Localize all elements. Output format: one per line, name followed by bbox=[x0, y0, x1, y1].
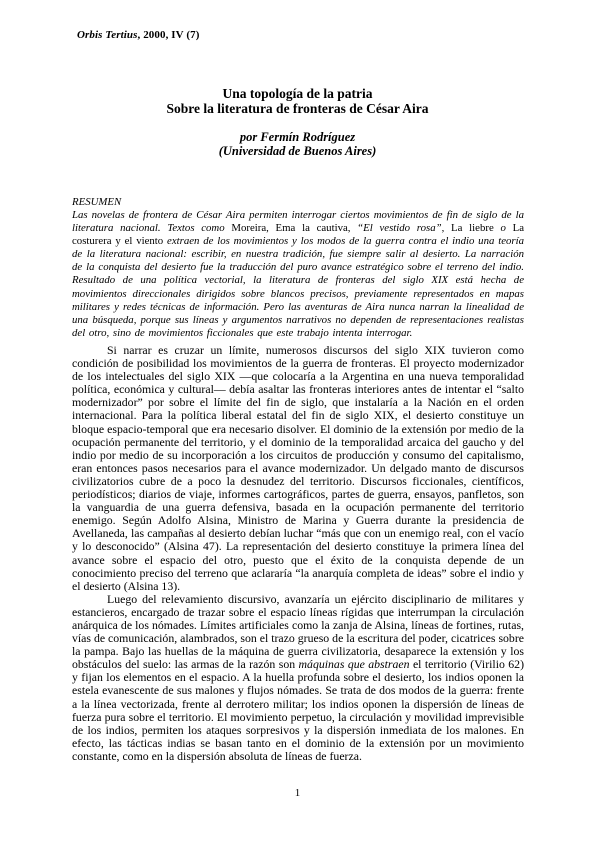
text-run: el territorio (Virilio 62) y fijan los e… bbox=[72, 657, 524, 763]
text-run: La liebre bbox=[451, 222, 500, 234]
abstract-text: Las novelas de frontera de César Aira pe… bbox=[72, 209, 524, 340]
author-line: por Fermín Rodríguez bbox=[0, 130, 595, 144]
text-run: Moreira, Ema la cautiva, bbox=[231, 222, 350, 234]
running-header: Orbis Tertius, 2000, IV (7) bbox=[77, 29, 200, 41]
text-run: máquinas que abstraen bbox=[299, 657, 410, 671]
title-block: Una topología de la patria Sobre la lite… bbox=[0, 86, 595, 158]
text-run: Si narrar es cruzar un límite, numerosos… bbox=[72, 343, 524, 593]
article-body: Si narrar es cruzar un límite, numerosos… bbox=[72, 344, 524, 763]
journal-title: Orbis Tertius bbox=[77, 29, 138, 41]
text-run: extraen de los movimientos y los modos d… bbox=[72, 235, 524, 339]
body-paragraph-2: Luego del relevamiento discursivo, avanz… bbox=[72, 593, 524, 763]
article-title: Una topología de la patria bbox=[0, 86, 595, 101]
page-number: 1 bbox=[0, 787, 595, 799]
text-run: o bbox=[500, 222, 512, 234]
article-subtitle: Sobre la literatura de fronteras de Césa… bbox=[0, 101, 595, 116]
journal-issue: , 2000, IV (7) bbox=[138, 29, 200, 41]
abstract-section: RESUMEN Las novelas de frontera de César… bbox=[72, 196, 524, 340]
document-page: Orbis Tertius, 2000, IV (7) Una topologí… bbox=[0, 0, 595, 842]
affiliation-line: (Universidad de Buenos Aires) bbox=[0, 144, 595, 158]
body-paragraph-1: Si narrar es cruzar un límite, numerosos… bbox=[72, 344, 524, 593]
abstract-label: RESUMEN bbox=[72, 196, 524, 209]
text-run: “El vestido rosa”, bbox=[350, 222, 451, 234]
